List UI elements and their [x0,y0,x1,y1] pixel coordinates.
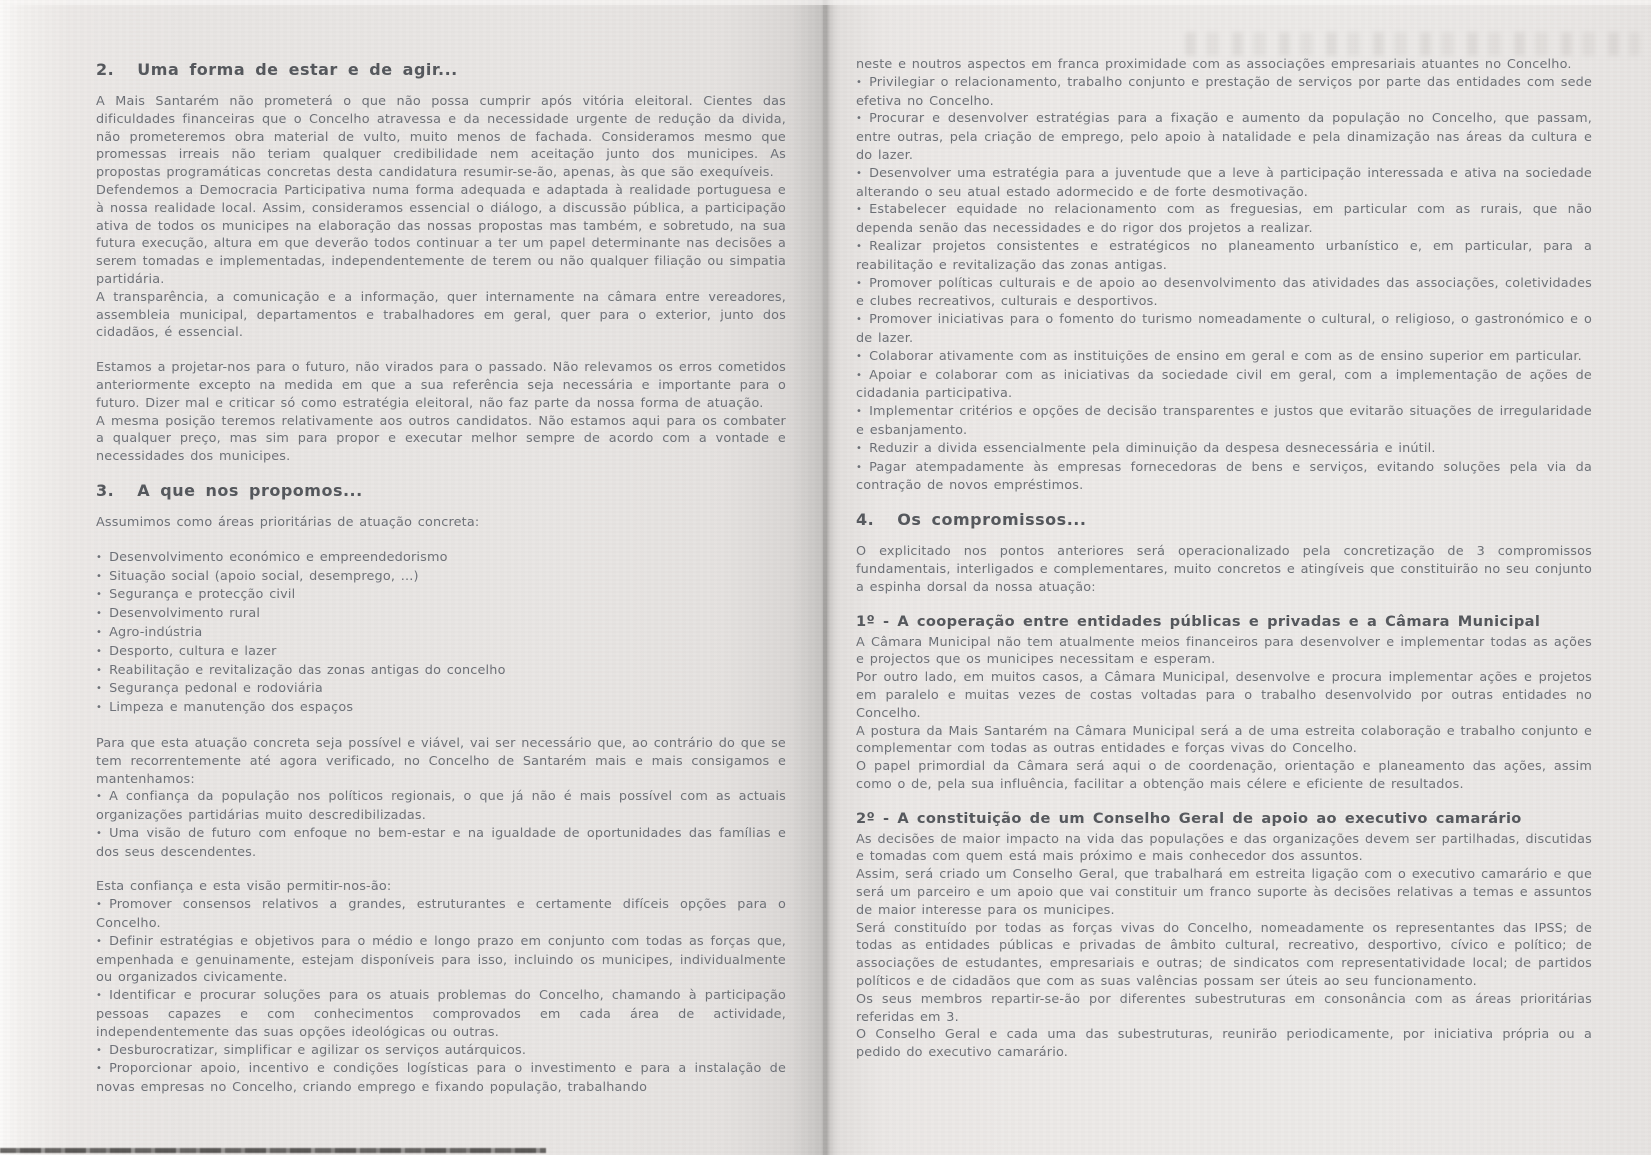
scan-artifact-strip [0,1148,546,1153]
bullet-marker: • [96,1042,102,1060]
bullet-item: •Limpeza e manutenção dos espaços [96,699,786,718]
bullet-marker: • [856,459,862,477]
bullet-text: Desburocratizar, simplificar e agilizar … [109,1043,526,1058]
section-2-heading: 2. Uma forma de estar e de agir... [96,60,786,80]
bullet-item: •Desporto, cultura e lazer [96,643,786,662]
paragraph: Assim, será criado um Conselho Geral, qu… [856,866,1592,919]
bullet-item: •Situação social (apoio social, desempre… [96,568,786,587]
right-page-text-column: neste e noutros aspectos em franca proxi… [856,56,1592,1062]
section-3-title: A que nos propomos... [137,481,362,500]
bullet-item: •Desenvolvimento rural [96,605,786,624]
bullet-marker: • [96,605,102,623]
blank-line [96,342,786,359]
paragraph-continuation: neste e noutros aspectos em franca proxi… [856,56,1592,74]
bullet-marker: • [856,440,862,458]
paragraph: O explicitado nos pontos anteriores será… [856,543,1592,596]
paragraph: O papel primordial da Câmara será aqui o… [856,758,1592,794]
bullet-item: •Agro-indústria [96,624,786,643]
bullet-marker: • [96,788,102,806]
bullet-marker: • [856,403,862,421]
paragraph: A mesma posição teremos relativamente ao… [96,413,786,466]
commitment-1-heading: 1º - A cooperação entre entidades públic… [856,612,1592,631]
bullet-text: Realizar projetos consistentes e estraté… [856,239,1592,273]
bullet-marker: • [96,643,102,661]
bullet-marker: • [96,624,102,642]
paragraph: Assumimos como áreas prioritárias de atu… [96,514,786,532]
bullet-text: A confiança da população nos políticos r… [96,789,786,823]
section-2-title: Uma forma de estar e de agir... [137,60,457,79]
bullet-text: Agro-indústria [109,625,202,640]
bullet-item: •Colaborar ativamente com as instituiçõe… [856,348,1592,367]
bullet-text: Promover consensos relativos a grandes, … [96,897,786,931]
bullet-text: Situação social (apoio social, desempreg… [109,569,419,584]
bullet-text: Desenvolvimento rural [109,606,260,621]
bullet-text: Segurança e protecção civil [109,587,295,602]
bullet-marker: • [856,110,862,128]
bullet-marker: • [856,311,862,329]
paragraph: Para que esta atuação concreta seja poss… [96,735,786,788]
bullet-text: Reabilitação e revitalização das zonas a… [109,663,505,678]
bullet-item: •Promover consensos relativos a grandes,… [96,896,786,933]
bullet-item: •Promover políticas culturais e de apoio… [856,275,1592,312]
bullet-text: Identificar e procurar soluções para os … [96,988,786,1040]
paragraph: Estamos a projetar-nos para o futuro, nã… [96,359,786,412]
bullet-text: Desenvolvimento económico e empreendedor… [109,550,448,565]
bullet-marker: • [856,165,862,183]
bullet-item: •Desenvolver uma estratégia para a juven… [856,165,1592,202]
paragraph: A postura da Mais Santarém na Câmara Mun… [856,723,1592,759]
bullet-item: •Reabilitação e revitalização das zonas … [96,662,786,681]
scanned-document-spread: 2. Uma forma de estar e de agir... A Mai… [0,0,1651,1155]
bullet-item: •Estabelecer equidade no relacionamento … [856,201,1592,238]
bullet-item: •A confiança da população nos políticos … [96,788,786,825]
bullet-item: •Realizar projetos consistentes e estrat… [856,238,1592,275]
paragraph: Será constituído por todas as forças viv… [856,920,1592,991]
bullet-text: Implementar critérios e opções de decisã… [856,404,1592,438]
bullet-item: •Segurança pedonal e rodoviária [96,680,786,699]
bullet-text: Estabelecer equidade no relacionamento c… [856,202,1592,236]
bullet-item: •Uma visão de futuro com enfoque no bem-… [96,825,786,862]
page-gutter-fold [823,0,827,1155]
bullet-text: Colaborar ativamente com as instituições… [869,349,1582,364]
bullet-marker: • [856,238,862,256]
bullet-marker: • [96,680,102,698]
bullet-marker: • [856,348,862,366]
bullet-marker: • [96,699,102,717]
bullet-marker: • [96,1060,102,1078]
paragraph: Por outro lado, em muitos casos, a Câmar… [856,669,1592,722]
bullet-item: •Desenvolvimento económico e empreendedo… [96,549,786,568]
scan-top-edge [0,0,1651,5]
paragraph: Esta confiança e esta visão permitir-nos… [96,878,786,896]
bullet-text: Limpeza e manutenção dos espaços [109,700,353,715]
bullet-text: Promover iniciativas para o fomento do t… [856,312,1592,346]
bullet-text: Uma visão de futuro com enfoque no bem-e… [96,826,786,860]
bullet-item: •Privilegiar o relacionamento, trabalho … [856,74,1592,111]
section-4-heading: 4. Os compromissos... [856,510,1592,530]
showthrough-ghost-text [1185,32,1640,56]
commitment-2-heading: 2º - A constituição de um Conselho Geral… [856,809,1592,828]
bullet-text: Proporcionar apoio, incentivo e condiçõe… [96,1061,786,1095]
bullet-item: •Implementar critérios e opções de decis… [856,403,1592,440]
bullet-text: Promover políticas culturais e de apoio … [856,276,1592,310]
bullet-text: Pagar atempadamente às empresas forneced… [856,460,1592,494]
left-page-text-column: 2. Uma forma de estar e de agir... A Mai… [96,60,786,1097]
bullet-marker: • [856,275,862,293]
paragraph: A Mais Santarém não prometerá o que não … [96,93,786,182]
paragraph: O Conselho Geral e cada uma das subestru… [856,1026,1592,1062]
section-4-title: Os compromissos... [897,510,1086,529]
section-3-heading: 3. A que nos propomos... [96,481,786,501]
bullet-marker: • [96,987,102,1005]
bullet-text: Desporto, cultura e lazer [109,644,276,659]
blank-line [96,861,786,878]
bullet-marker: • [96,568,102,586]
bullet-item: •Apoiar e colaborar com as iniciativas d… [856,367,1592,404]
paragraph: Os seus membros repartir-se-ão por difer… [856,991,1592,1027]
paragraph: As decisões de maior impacto na vida das… [856,831,1592,867]
bullet-item: •Identificar e procurar soluções para os… [96,987,786,1041]
bullet-item: •Proporcionar apoio, incentivo e condiçõ… [96,1060,786,1097]
bullet-item: •Segurança e protecção civil [96,586,786,605]
bullet-text: Reduzir a divida essencialmente pela dim… [869,441,1435,456]
bullet-text: Segurança pedonal e rodoviária [109,681,323,696]
bullet-item: •Desburocratizar, simplificar e agilizar… [96,1042,786,1061]
paragraph: A Câmara Municipal não tem atualmente me… [856,634,1592,670]
section-2-number: 2. [96,60,114,79]
blank-line [96,718,786,735]
bullet-marker: • [96,896,102,914]
section-3-number: 3. [96,481,114,500]
bullet-text: Privilegiar o relacionamento, trabalho c… [856,75,1592,109]
bullet-text: Definir estratégias e objetivos para o m… [96,934,786,986]
bullet-marker: • [96,549,102,567]
bullet-marker: • [96,933,102,951]
bullet-marker: • [96,586,102,604]
bullet-marker: • [96,662,102,680]
bullet-text: Procurar e desenvolver estratégias para … [856,111,1592,163]
bullet-text: Apoiar e colaborar com as iniciativas da… [856,368,1592,402]
bullet-text: Desenvolver uma estratégia para a juvent… [856,166,1592,200]
bullet-marker: • [856,74,862,92]
blank-line [96,532,786,549]
bullet-marker: • [856,367,862,385]
bullet-item: •Procurar e desenvolver estratégias para… [856,110,1592,164]
bullet-item: •Definir estratégias e objetivos para o … [96,933,786,987]
section-4-number: 4. [856,510,874,529]
paragraph: A transparência, a comunicação e a infor… [96,289,786,342]
bullet-item: •Pagar atempadamente às empresas fornece… [856,459,1592,496]
bullet-item: •Reduzir a divida essencialmente pela di… [856,440,1592,459]
bullet-marker: • [96,825,102,843]
bullet-marker: • [856,201,862,219]
paragraph: Defendemos a Democracia Participativa nu… [96,182,786,289]
bullet-item: •Promover iniciativas para o fomento do … [856,311,1592,348]
